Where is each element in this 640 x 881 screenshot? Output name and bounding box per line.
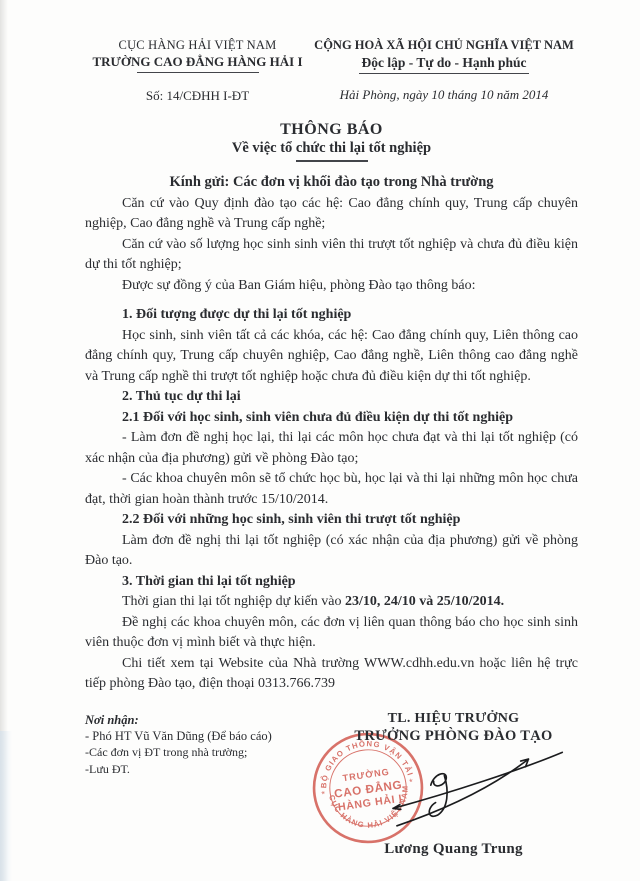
school-name: TRƯỜNG CAO ĐẲNG HÀNG HẢI I xyxy=(85,54,310,70)
place-and-date: Hải Phòng, ngày 10 tháng 10 năm 2014 xyxy=(310,87,578,103)
section-1-text: Học sinh, sinh viên tất cả các khóa, các… xyxy=(85,326,578,388)
recipient-item: -Các đơn vị ĐT trong nhà trường; xyxy=(85,744,337,761)
contact-paragraph: Chi tiết xem tại Website của Nhà trường … xyxy=(85,654,578,695)
scanned-document-page: CỤC HÀNG HẢI VIỆT NAM TRƯỜNG CAO ĐẲNG HÀ… xyxy=(0,0,640,881)
national-motto: Độc lập - Tự do - Hạnh phúc xyxy=(310,55,578,71)
issuing-agency-block: CỤC HÀNG HẢI VIỆT NAM TRƯỜNG CAO ĐẲNG HÀ… xyxy=(85,38,310,104)
document-subtitle: Về việc tổ chức thi lại tốt nghiệp xyxy=(85,140,578,157)
document-content: CỤC HÀNG HẢI VIỆT NAM TRƯỜNG CAO ĐẲNG HÀ… xyxy=(0,0,640,858)
signer-title-line-1: TL. HIỆU TRƯỞNG xyxy=(337,711,570,727)
approval-paragraph: Được sự đồng ý của Ban Giám hiệu, phòng … xyxy=(85,276,578,297)
section-2-heading: 2. Thủ tục dự thi lại xyxy=(85,387,578,408)
country-title: CỘNG HOÀ XÃ HỘI CHỦ NGHĨA VIỆT NAM xyxy=(310,38,578,53)
recipients-block: Nơi nhận: - Phó HT Vũ Văn Dũng (Để báo c… xyxy=(85,711,337,858)
section-2-1-heading: 2.1 Đối với học sinh, sinh viên chưa đủ … xyxy=(85,408,578,429)
signer-name: Lương Quang Trung xyxy=(337,841,570,858)
citation-paragraph-1: Căn cứ vào Quy định đào tạo các hệ: Cao … xyxy=(85,194,578,235)
motto-underline xyxy=(359,73,529,74)
section-3-text: Thời gian thi lại tốt nghiệp dự kiến vào… xyxy=(85,592,578,613)
school-name-underline xyxy=(137,72,259,73)
section-2-1-item-1: - Làm đơn đề nghị học lại, thi lại các m… xyxy=(85,428,578,469)
exam-schedule-prefix: Thời gian thi lại tốt nghiệp dự kiến vào xyxy=(122,594,345,609)
stamp-and-signature-area: BỘ GIAO THÔNG VẬN TẢI CỤC HÀNG HẢI VIỆT … xyxy=(337,745,570,837)
document-number: Số: 14/CĐHH I-ĐT xyxy=(85,88,310,104)
request-paragraph: Đề nghị các khoa chuyên môn, các đơn vị … xyxy=(85,613,578,654)
exam-schedule-dates: 23/10, 24/10 và 25/10/2014. xyxy=(345,594,504,609)
recipient-item: -Lưu ĐT. xyxy=(85,761,337,778)
section-1-heading: 1. Đối tượng được dự thi lại tốt nghiệp xyxy=(85,305,578,326)
section-2-2-heading: 2.2 Đối với những học sinh, sinh viên th… xyxy=(85,510,578,531)
section-2-1-item-2: - Các khoa chuyên môn sẽ tổ chức học bù,… xyxy=(85,469,578,510)
recipients-label: Nơi nhận: xyxy=(85,713,337,728)
parent-agency-name: CỤC HÀNG HẢI VIỆT NAM xyxy=(85,38,310,53)
stamp-star-left: * xyxy=(321,789,326,799)
citation-paragraph-2: Căn cứ vào số lượng học sinh sinh viên t… xyxy=(85,235,578,276)
document-title: THÔNG BÁO xyxy=(85,121,578,139)
signature-block: TL. HIỆU TRƯỞNG TRƯỞNG PHÒNG ĐÀO TẠO xyxy=(337,711,578,858)
handwritten-signature xyxy=(337,745,570,837)
national-motto-block: CỘNG HOÀ XÃ HỘI CHỦ NGHĨA VIỆT NAM Độc l… xyxy=(310,38,578,104)
recipient-item: - Phó HT Vũ Văn Dũng (Để báo cáo) xyxy=(85,728,337,745)
salutation-line: Kính gửi: Các đơn vị khối đào tạo trong … xyxy=(85,174,578,191)
document-title-block: THÔNG BÁO Về việc tổ chức thi lại tốt ng… xyxy=(85,121,578,162)
title-underline xyxy=(296,160,368,162)
signer-title-line-2: TRƯỞNG PHÒNG ĐÀO TẠO xyxy=(337,728,570,745)
document-footer: Nơi nhận: - Phó HT Vũ Văn Dũng (Để báo c… xyxy=(85,711,578,858)
document-header: CỤC HÀNG HẢI VIỆT NAM TRƯỜNG CAO ĐẲNG HÀ… xyxy=(85,38,578,104)
section-3-heading: 3. Thời gian thi lại tốt nghiệp xyxy=(85,572,578,593)
section-2-2-text: Làm đơn đề nghị thi lại tốt nghiệp (có x… xyxy=(85,531,578,572)
